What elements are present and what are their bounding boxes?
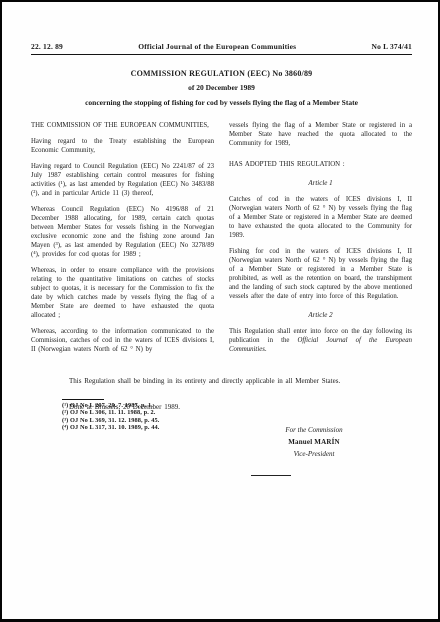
signature-for-line: For the Commission: [219, 426, 409, 434]
whereas-paragraph: Whereas, in order to ensure compliance w…: [31, 266, 214, 320]
binding-statement: This Regulation shall be binding in its …: [69, 377, 372, 387]
article-1-paragraph: Catches of cod in the waters of ICES div…: [229, 195, 412, 240]
preamble-paragraph: Having regard to the Treaty establishing…: [31, 137, 214, 155]
article-2-heading: Article 2: [229, 311, 412, 319]
commission-line: THE COMMISSION OF THE EUROPEAN COMMUNITI…: [31, 121, 214, 130]
header-rule: [31, 54, 412, 55]
whereas-paragraph: Whereas, according to the information co…: [31, 327, 214, 354]
signatory-name: Manuel MARÍN: [219, 438, 409, 446]
article-2-paragraph: This Regulation shall enter into force o…: [229, 327, 412, 354]
signatory-title: Vice-President: [219, 450, 409, 458]
regulation-title-block: COMMISSION REGULATION (EEC) No 3860/89 o…: [31, 69, 412, 108]
footnote: (²) OJ No L 306, 11. 11. 1988, p. 2.: [62, 409, 159, 417]
journal-page: 22. 12. 89 Official Journal of the Europ…: [0, 0, 440, 622]
article-1-paragraph: Fishing for cod in the waters of ICES di…: [229, 247, 412, 301]
page-header: 22. 12. 89 Official Journal of the Europ…: [31, 42, 412, 51]
preamble-paragraph: Having regard to Council Regulation (EEC…: [31, 162, 214, 198]
regulation-title: COMMISSION REGULATION (EEC) No 3860/89: [31, 69, 412, 78]
footnote: (¹) OJ No L 207, 29. 7. 1987, p. 1.: [62, 402, 159, 410]
footnote-rule: [62, 399, 104, 400]
two-column-body: THE COMMISSION OF THE EUROPEAN COMMUNITI…: [31, 121, 412, 361]
right-column: vessels flying the flag of a Member Stat…: [229, 121, 412, 361]
header-date: 22. 12. 89: [31, 42, 63, 51]
journal-title: Official Journal of the European Communi…: [138, 42, 296, 51]
signature-block: For the Commission Manuel MARÍN Vice-Pre…: [219, 426, 409, 458]
intro-continuation: vessels flying the flag of a Member Stat…: [229, 121, 412, 148]
article-2-text-end: .: [265, 346, 267, 353]
issue-number: No L 374/41: [371, 42, 412, 51]
footnotes-block: (¹) OJ No L 207, 29. 7. 1987, p. 1. (²) …: [62, 399, 159, 432]
footnote: (⁴) OJ No L 317, 31. 10. 1989, p. 44.: [62, 424, 159, 432]
page-content: 22. 12. 89 Official Journal of the Europ…: [31, 2, 412, 476]
whereas-paragraph: Whereas Council Regulation (EEC) No 4196…: [31, 205, 214, 259]
left-column: THE COMMISSION OF THE EUROPEAN COMMUNITI…: [31, 121, 214, 361]
separator-rule: [251, 475, 291, 476]
footnote: (³) OJ No L 369, 31. 12. 1988, p. 45.: [62, 417, 159, 425]
adoption-clause: HAS ADOPTED THIS REGULATION :: [229, 160, 412, 169]
regulation-subject: concerning the stopping of fishing for c…: [31, 98, 412, 108]
regulation-date: of 20 December 1989: [31, 83, 412, 92]
article-1-heading: Article 1: [229, 179, 412, 187]
